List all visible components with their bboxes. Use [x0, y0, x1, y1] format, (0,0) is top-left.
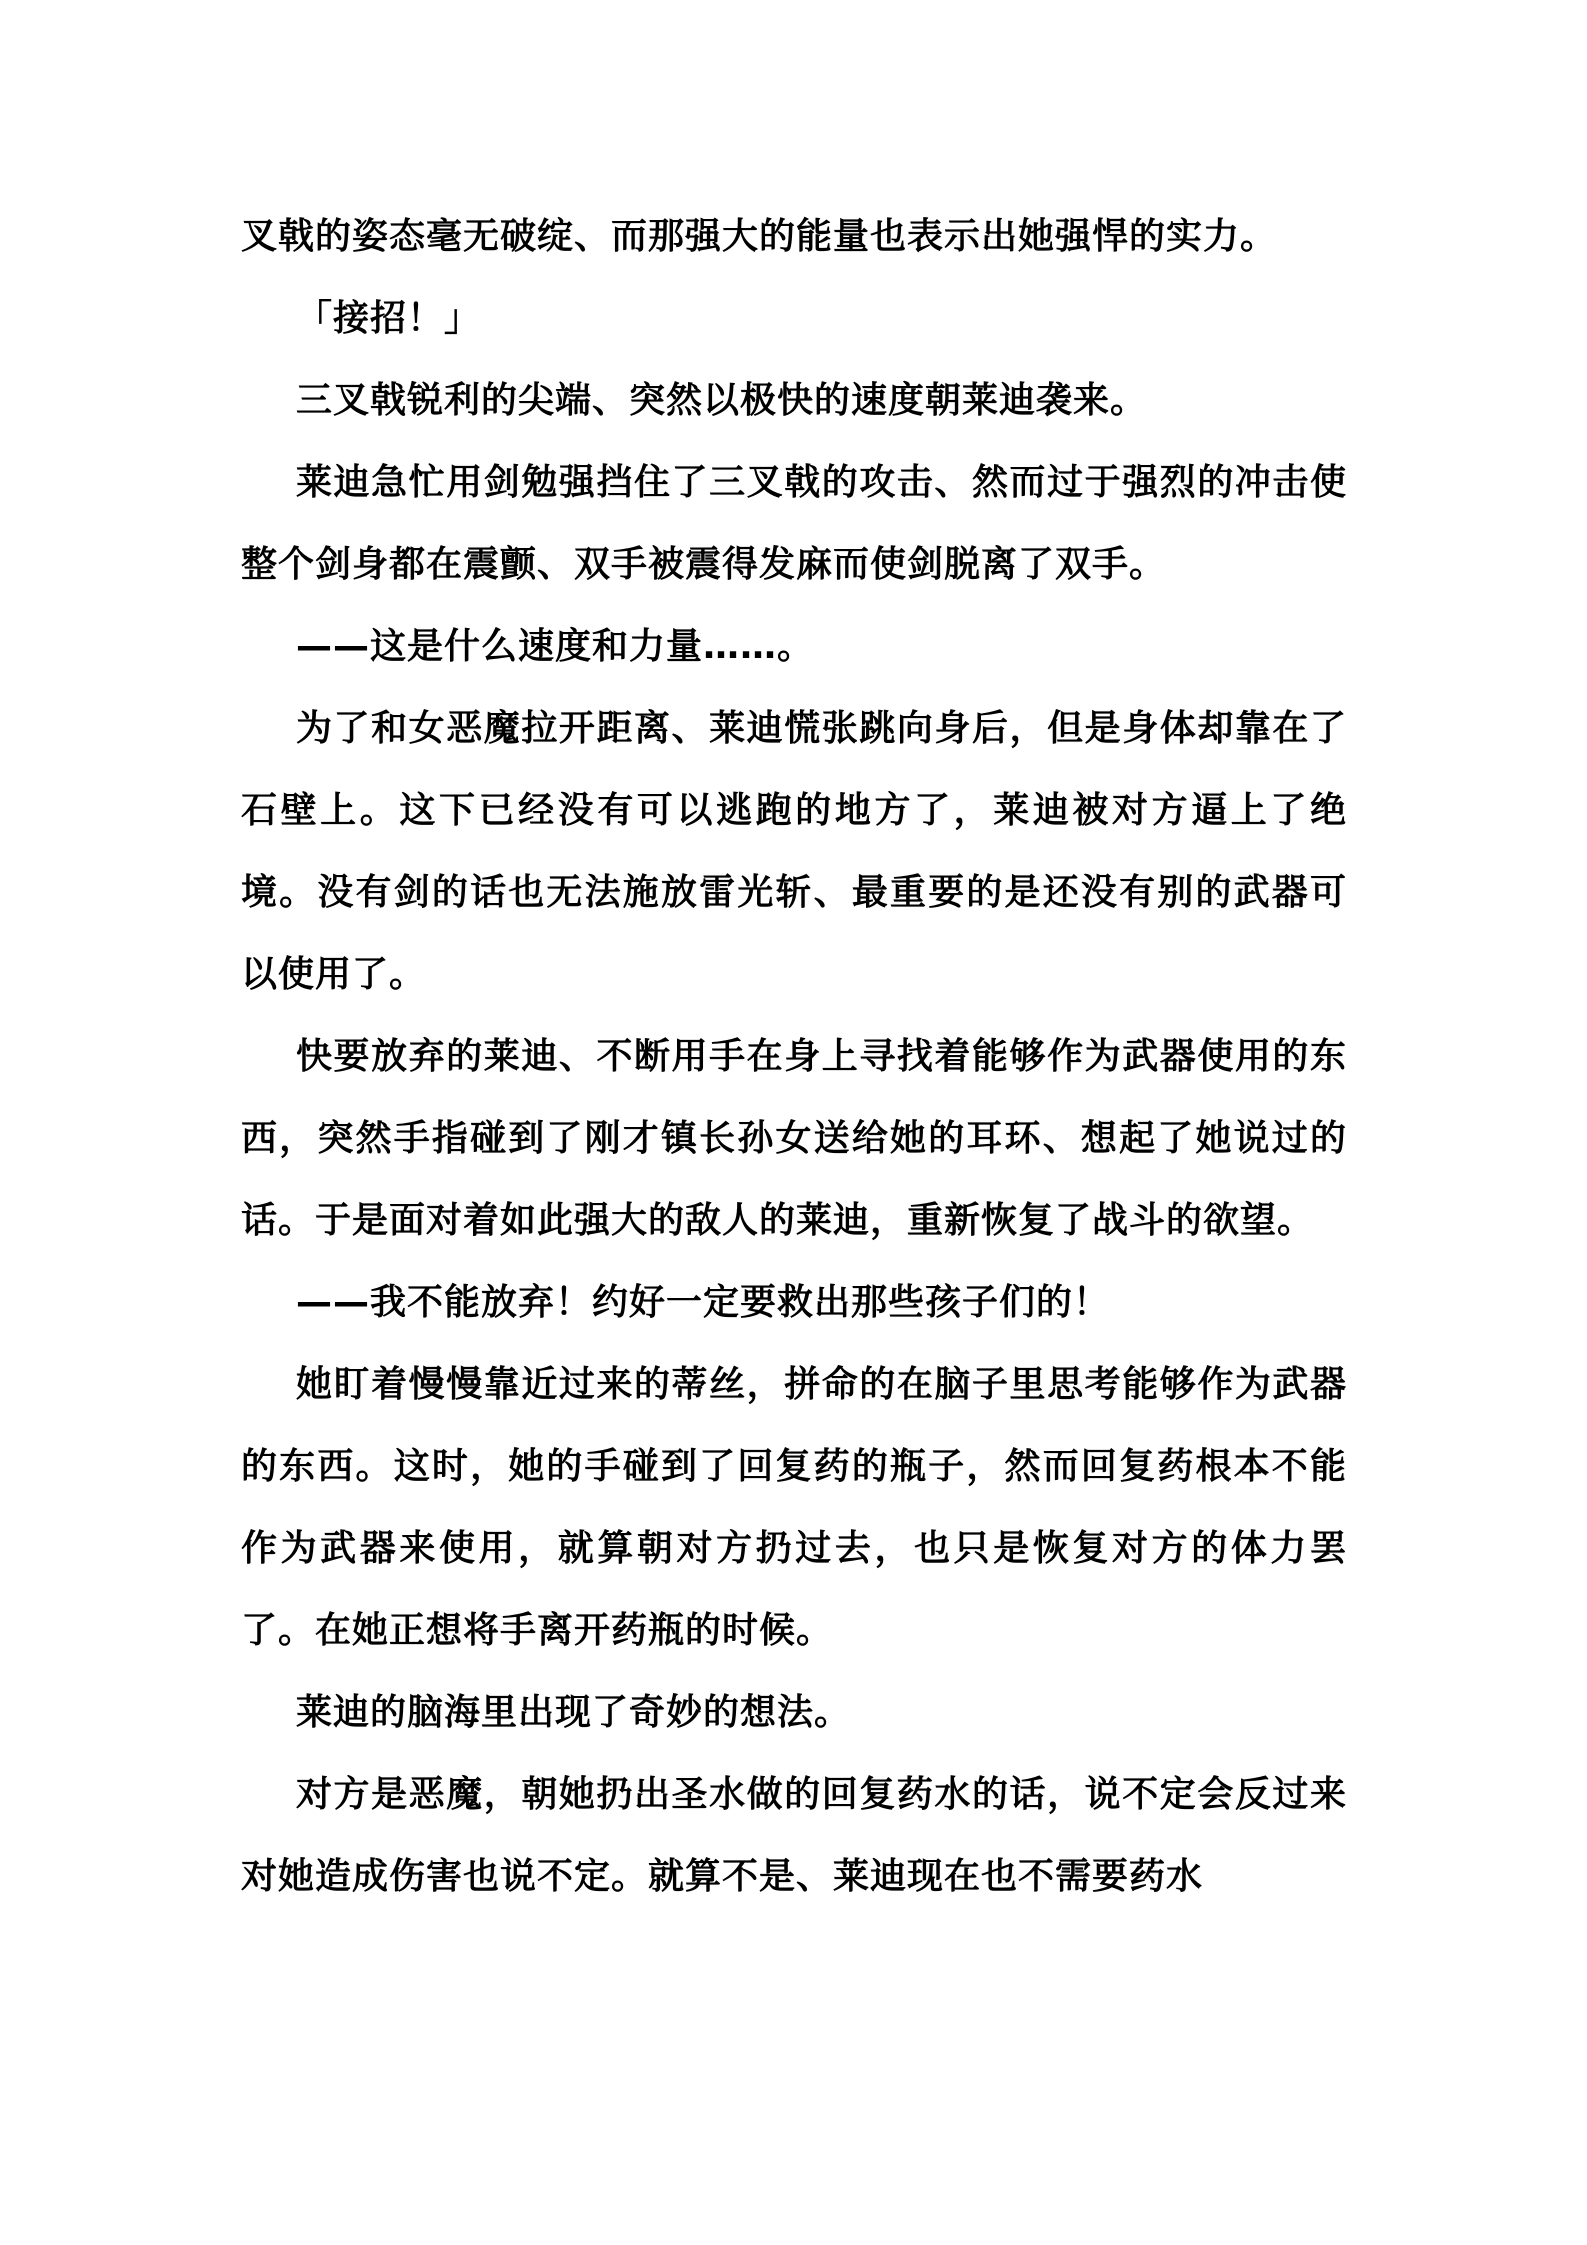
paragraph-10: 莱迪的脑海里出现了奇妙的想法。 — [241, 1672, 1347, 1754]
paragraph-1: 叉戟的姿态毫无破绽、而那强大的能量也表示出她强悍的实力。 — [241, 196, 1347, 278]
paragraph-7: 快要放弃的莱迪、不断用手在身上寻找着能够作为武器使用的东西，突然手指碰到了刚才镇… — [241, 1016, 1347, 1262]
paragraph-8-thought: ——我不能放弃！约好一定要救出那些孩子们的！ — [241, 1262, 1347, 1344]
paragraph-11: 对方是恶魔，朝她扔出圣水做的回复药水的话，说不定会反过来对她造成伤害也说不定。就… — [241, 1754, 1347, 1918]
paragraph-6: 为了和女恶魔拉开距离、莱迪慌张跳向身后，但是身体却靠在了石壁上。这下已经没有可以… — [241, 688, 1347, 1016]
paragraph-9: 她盯着慢慢靠近过来的蒂丝，拼命的在脑子里思考能够作为武器的东西。这时，她的手碰到… — [241, 1344, 1347, 1672]
document-page: 叉戟的姿态毫无破绽、而那强大的能量也表示出她强悍的实力。 「接招！」 三叉戟锐利… — [241, 196, 1347, 1918]
paragraph-2-dialogue: 「接招！」 — [241, 278, 1347, 360]
paragraph-3: 三叉戟锐利的尖端、突然以极快的速度朝莱迪袭来。 — [241, 360, 1347, 442]
paragraph-5-thought: ——这是什么速度和力量……。 — [241, 606, 1347, 688]
paragraph-4: 莱迪急忙用剑勉强挡住了三叉戟的攻击、然而过于强烈的冲击使整个剑身都在震颤、双手被… — [241, 442, 1347, 606]
